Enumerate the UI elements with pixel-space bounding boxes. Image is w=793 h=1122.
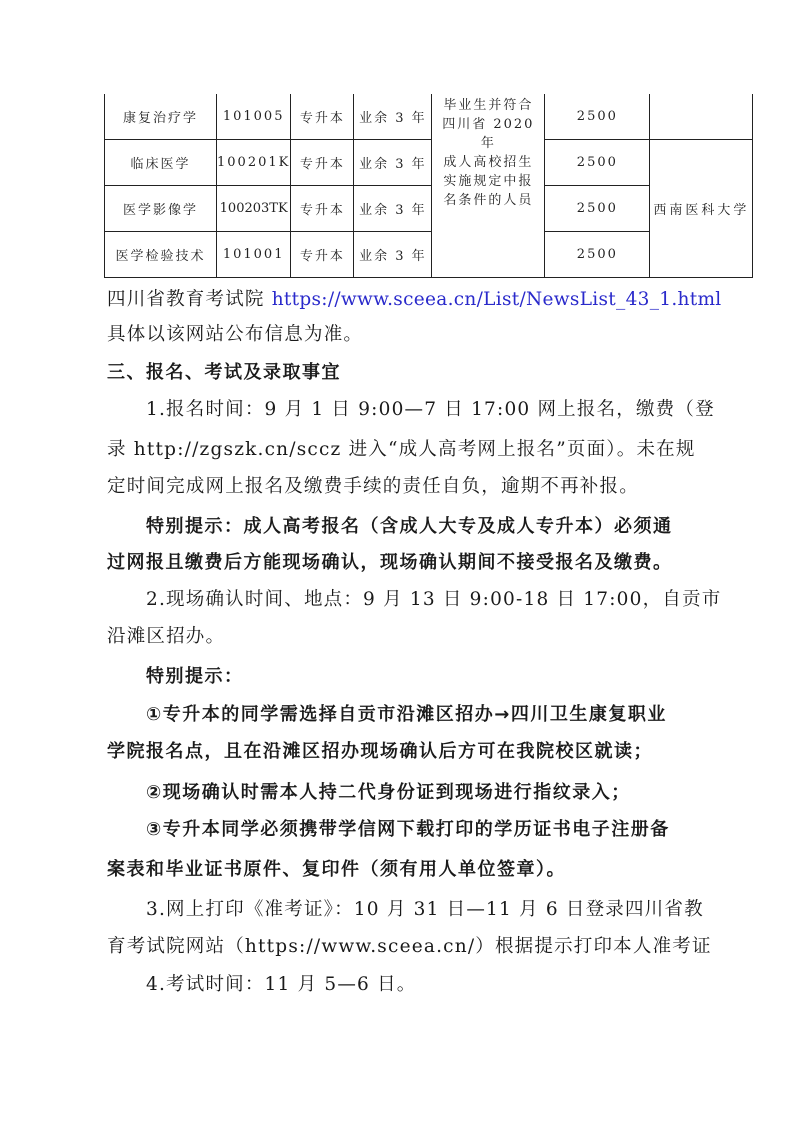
study-level: 专升本 xyxy=(291,94,354,140)
table-row: 康复治疗学 101005 专升本 业余 3 年 毕业生并符合 四川省 2020 … xyxy=(105,94,753,140)
study-level: 专升本 xyxy=(291,140,354,186)
major-code: 100203TK xyxy=(217,186,291,232)
notice2-item1-line2: 学院报名点，且在沿滩区招办现场确认后方可在我院校区就读； xyxy=(107,740,687,764)
item3-line1: 3.网上打印《准考证》：10 月 31 日—11 月 6 日登录四川省教 xyxy=(146,898,726,922)
study-mode: 业余 3 年 xyxy=(354,94,432,140)
tuition-fee: 2500 xyxy=(545,232,650,278)
requirement-line: 实施规定中报 xyxy=(432,172,544,191)
document-page: 康复治疗学 101005 专升本 业余 3 年 毕业生并符合 四川省 2020 … xyxy=(0,0,793,1122)
study-mode: 业余 3 年 xyxy=(354,140,432,186)
item2-line1: 2.现场确认时间、地点：9 月 13 日 9:00-18 日 17:00，自贡市 xyxy=(146,588,726,612)
source-link[interactable]: https://www.sceea.cn/List/NewsList_43_1.… xyxy=(272,289,722,310)
major-name: 康复治疗学 xyxy=(105,94,217,140)
item1-line1: 1.报名时间：9 月 1 日 9:00—7 日 17:00 网上报名，缴费（登 xyxy=(146,398,726,422)
university-name: 西南医科大学 xyxy=(650,140,753,278)
item1-line2: 录 http://zgszk.cn/sccz 进入“成人高考网上报名”页面）。未… xyxy=(107,438,687,462)
study-mode: 业余 3 年 xyxy=(354,186,432,232)
major-name: 医学影像学 xyxy=(105,186,217,232)
table-row: 临床医学 100201K 专升本 业余 3 年 2500 西南医科大学 xyxy=(105,140,753,186)
requirement-line: 成人高校招生 xyxy=(432,153,544,172)
study-level: 专升本 xyxy=(291,232,354,278)
notice2-item3-line2: 案表和毕业证书原件、复印件（须有用人单位签章）。 xyxy=(107,858,687,882)
requirement-line: 名条件的人员 xyxy=(432,191,544,210)
notice2-item1-line1: ①专升本的同学需选择自贡市沿滩区招办→四川卫生康复职业 xyxy=(146,703,726,727)
source-prefix: 四川省教育考试院 xyxy=(107,289,272,310)
notice2-item3-line1: ③专升本同学必须携带学信网下载打印的学历证书电子注册备 xyxy=(146,818,726,842)
eligibility-requirement: 毕业生并符合 四川省 2020 年 成人高校招生 实施规定中报 名条件的人员 xyxy=(432,94,545,278)
study-level: 专升本 xyxy=(291,186,354,232)
tuition-fee: 2500 xyxy=(545,140,650,186)
source-note: 具体以该网站公布信息为准。 xyxy=(107,323,687,347)
requirement-line: 毕业生并符合 xyxy=(432,96,544,115)
notice1-line1: 特别提示：成人高考报名（含成人大专及成人专升本）必须通 xyxy=(146,515,726,539)
item2-line2: 沿滩区招办。 xyxy=(107,625,687,649)
section-heading: 三、报名、考试及录取事宜 xyxy=(107,361,687,385)
source-line: 四川省教育考试院 https://www.sceea.cn/List/NewsL… xyxy=(107,288,687,312)
study-mode: 业余 3 年 xyxy=(354,232,432,278)
major-code: 100201K xyxy=(217,140,291,186)
tuition-fee: 2500 xyxy=(545,94,650,140)
major-name: 临床医学 xyxy=(105,140,217,186)
university-empty xyxy=(650,94,753,140)
major-code: 101001 xyxy=(217,232,291,278)
major-code: 101005 xyxy=(217,94,291,140)
requirement-line: 四川省 2020 年 xyxy=(432,115,544,153)
majors-table: 康复治疗学 101005 专升本 业余 3 年 毕业生并符合 四川省 2020 … xyxy=(104,94,753,278)
tuition-fee: 2500 xyxy=(545,186,650,232)
item3-line2: 育考试院网站（https://www.sceea.cn/）根据提示打印本人准考证 xyxy=(107,935,687,959)
notice1-line2: 过网报且缴费后方能现场确认，现场确认期间不接受报名及缴费。 xyxy=(107,551,687,575)
item4: 4.考试时间：11 月 5—6 日。 xyxy=(146,973,726,997)
notice2-item2: ②现场确认时需本人持二代身份证到现场进行指纹录入； xyxy=(146,781,726,805)
notice2-heading: 特别提示： xyxy=(146,665,726,689)
item1-line3: 定时间完成网上报名及缴费手续的责任自负，逾期不再补报。 xyxy=(107,475,687,499)
major-name: 医学检验技术 xyxy=(105,232,217,278)
